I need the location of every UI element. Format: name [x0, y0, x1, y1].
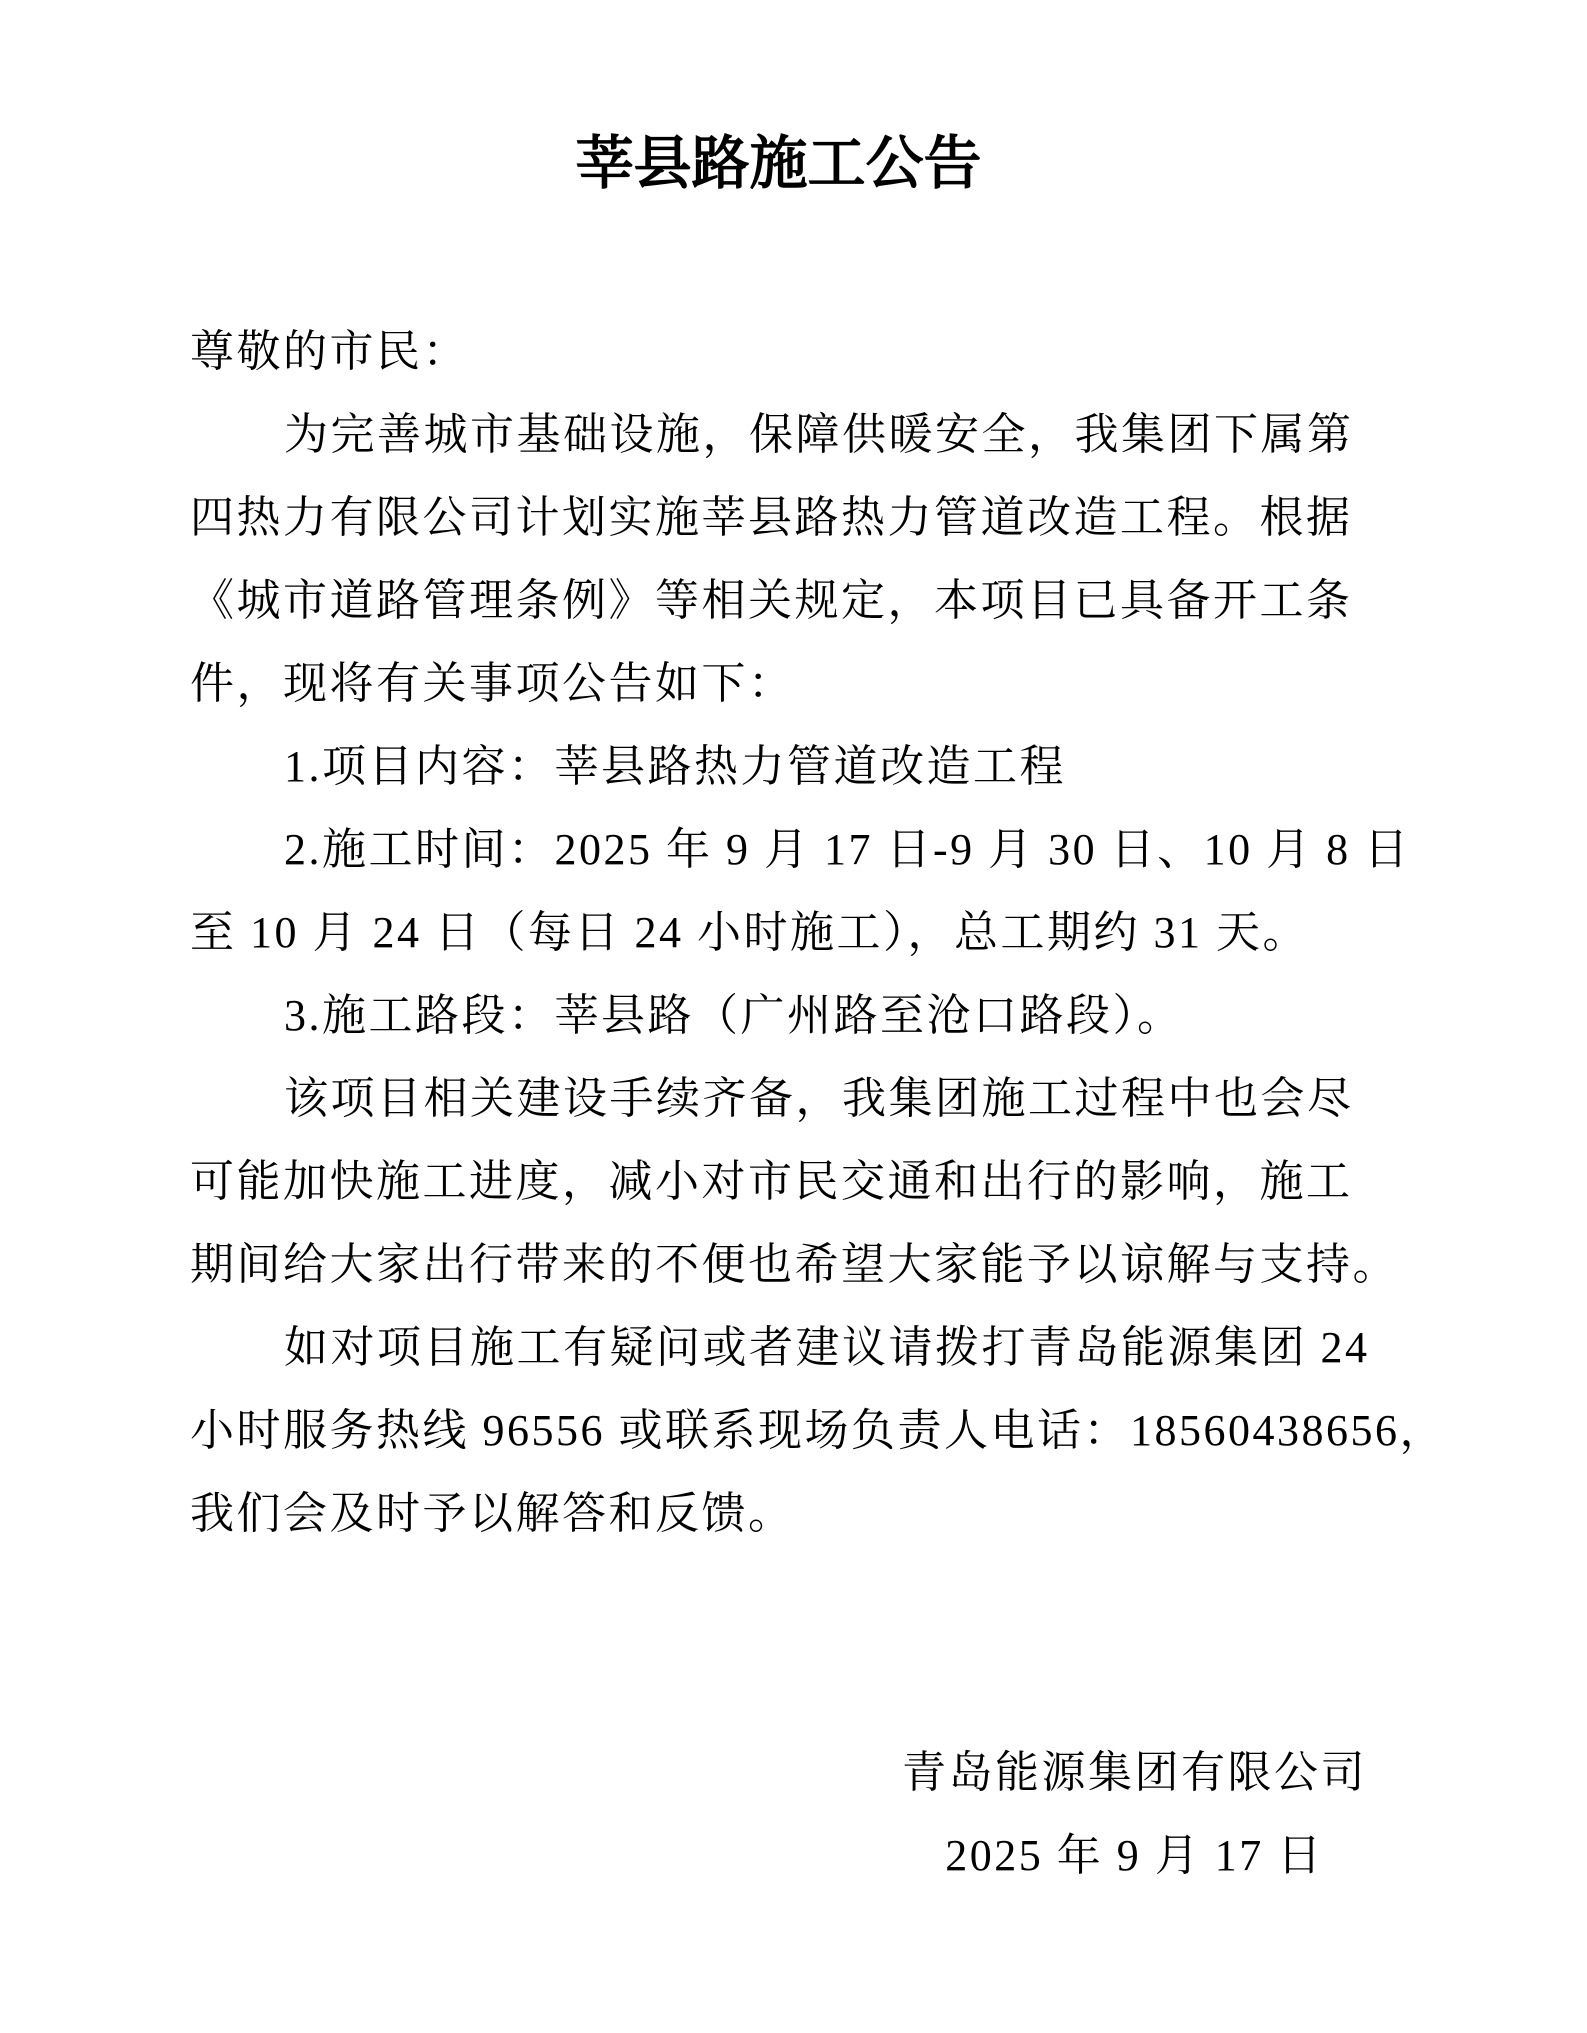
body-line: 可能加快施工进度，减小对市民交通和出行的影响，施工 [190, 1140, 1367, 1223]
body-line: 2.施工时间：2025 年 9 月 17 日-9 月 30 日、10 月 8 日 [190, 808, 1367, 891]
body-line: 《城市道路管理条例》等相关规定，本项目已具备开工条 [190, 559, 1367, 642]
body-line: 1.项目内容：莘县路热力管道改造工程 [190, 725, 1367, 808]
body-line: 期间给大家出行带来的不便也希望大家能予以谅解与支持。 [190, 1223, 1367, 1306]
signature-company: 青岛能源集团有限公司 [902, 1731, 1367, 1814]
body-line: 尊敬的市民： [190, 310, 1367, 393]
signature-inner: 青岛能源集团有限公司 2025 年 9 月 17 日 [902, 1731, 1367, 1897]
document-title: 莘县路施工公告 [190, 118, 1367, 210]
body-line: 四热力有限公司计划实施莘县路热力管道改造工程。根据 [190, 476, 1367, 559]
body-line: 3.施工路段：莘县路（广州路至沧口路段）。 [190, 974, 1367, 1057]
signature-block: 青岛能源集团有限公司 2025 年 9 月 17 日 [190, 1731, 1367, 1897]
document-page: 莘县路施工公告 尊敬的市民：为完善城市基础设施，保障供暖安全，我集团下属第四热力… [0, 0, 1587, 2033]
body-line: 件，现将有关事项公告如下： [190, 642, 1367, 725]
body-line: 如对项目施工有疑问或者建议请拨打青岛能源集团 24 [190, 1306, 1367, 1389]
body-line: 为完善城市基础设施，保障供暖安全，我集团下属第 [190, 393, 1367, 476]
body-line: 小时服务热线 96556 或联系现场负责人电话：18560438656， [190, 1389, 1367, 1472]
signature-date: 2025 年 9 月 17 日 [902, 1814, 1367, 1897]
body-line: 至 10 月 24 日（每日 24 小时施工），总工期约 31 天。 [190, 891, 1367, 974]
body-line: 我们会及时予以解答和反馈。 [190, 1472, 1367, 1555]
body-line: 该项目相关建设手续齐备，我集团施工过程中也会尽 [190, 1057, 1367, 1140]
document-body: 尊敬的市民：为完善城市基础设施，保障供暖安全，我集团下属第四热力有限公司计划实施… [190, 310, 1367, 1555]
